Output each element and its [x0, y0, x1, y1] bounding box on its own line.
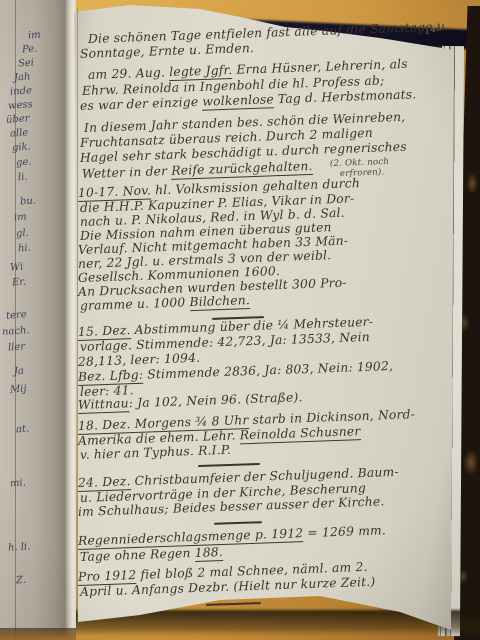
section-divider-stroke: [206, 602, 261, 606]
photo-of-manuscript-book: { "page_number": "145", "colors": { "pap…: [0, 0, 480, 640]
section-divider-stroke: [214, 521, 262, 525]
handwriting-layer: 145 Die schönen Tage entfielen fast alle…: [0, 0, 480, 640]
manuscript-line: Tage ohne Regen 188.: [80, 546, 223, 563]
section-divider-stroke: [198, 463, 260, 467]
manuscript-line: v. hier an Typhus. R.I.P.: [80, 444, 231, 462]
manuscript-line: Die schönen Tage entfielen fast alle auf…: [88, 20, 450, 45]
manuscript-line: Regenniederschlagsmenge p. 1912 = 1269 m…: [78, 524, 386, 547]
